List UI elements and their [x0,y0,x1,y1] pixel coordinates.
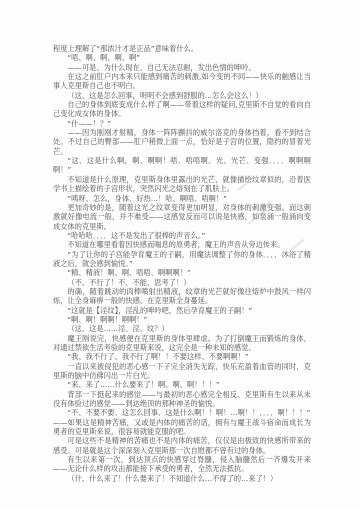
paragraph: “这、这是什么啊，啊、啊啊！唔、唔唔啊、光、光芒、变强．．．．啊啊啊啊！” [53,156,311,175]
paragraph: ——如果这是精神苦痛，又或是内体的痛苦的话，拥有与魔王战斗宿命而成长为勇者的克里… [53,418,311,437]
paragraph: （这、这是……淫、淫、纹？） [53,324,311,333]
paragraph: “我、我不行了、我不行了啊！！不要这样、不要啊啊！” [53,352,311,361]
paragraph: “不、不要不要、这怎么回事、这是什么啊！！啊！…啊！！．．．．啊！！！” [53,408,311,417]
paragraph: “什——！？” [53,119,311,128]
paragraph: 有生以来第一次，到达顶点的快感穿过脊髓，侵入脑髓然后一齐爆发开来——无论什么样的… [53,455,311,474]
paragraph: “精、精液！啊、啊、唔唔、啊啊啊！” [53,268,311,277]
paragraph: （不、不行了！不、不能、思考了！） [53,278,311,287]
paragraph: “唔、啊、啊、啊、啊” [53,53,311,62]
paragraph: （这、这是怎么回事，明明不会感到舒服的…怎么会这么！） [53,91,311,100]
paragraph: 背部一下挺起来的感觉——与最初的恶心感完全相反、克里斯有生以来从未没有体验过的感… [53,390,311,409]
paragraph: “这就是【淫纹】，淫乱的呻吟吧，然后孕育魔王的子嗣！” [53,306,311,315]
document-page: 程度上理解了“那浓汁才是正品”意味着什么。“唔、啊、啊、啊、啊”——可是、为什么… [0,0,360,509]
paragraph: 在这之前肛户内本来只能感到痛苦的刺激,如今变的不同——快乐的触感让当事人克里斯自… [53,72,311,91]
paragraph: 程度上理解了“那浓汁才是正品”意味着什么。 [53,44,311,53]
paragraph: “来、来了……什么要来了！啊、啊、啊！！！” [53,380,311,389]
paragraph: 不知道在哪里看着因快感而喘息的原勇者，魔王的声音从旁边传来。 [53,240,311,249]
paragraph: 一直以来被侵犯的恶心感一下子完全消失无踪，快乐充盈着血管的同时，克里斯的脑中仿佛… [53,362,311,381]
paragraph: “啊、啊！啊啊！啊啊！” [53,315,311,324]
text-content: 程度上理解了“那浓汁才是正品”意味着什么。“唔、啊、啊、啊、啊”——可是、为什么… [53,44,311,483]
paragraph: 魔王刚说完，快感便在克里斯的身体里肆虐。为了打倒魔王而锻炼的身体，对通过禁欲生活… [53,334,311,353]
paragraph: 不知道是什么原理，克里斯身体里露出的光芒，就像描绘纹章似的，沿着医学书上描绘着的… [53,175,311,194]
paragraph: “为了让你的子宫能孕育魔王的子嗣，用魔法调整了你的身体．．．．沐浴了精液之后，就… [53,250,311,269]
paragraph: 更加奇妙的是，随着这光之纹章变得更加明显，对身体的刺激变强。而这刺激就好像电流一… [53,203,311,231]
paragraph: 自己的身体到底变成什么样了啊——带着这样的疑问,克里斯不自觉的看向自己变化成女体… [53,100,311,119]
paragraph: （什、什么来了！什么要来了！不知道什么…不得了的…来了！） [53,474,311,483]
paragraph: 可是这些不是精神的苦痛也不是内体的痛苦，仅仅是由极致的快感所带来的感受。可是就是… [53,436,311,455]
paragraph: “哈哈哈．．．．这不是发出了很棒的声音么。” [53,231,311,240]
paragraph: ——可是、为什么现在、自己无法忍耐，发出色情的呻吟。 [53,63,311,72]
paragraph: ——因为刚刚才射精，身体一阵阵颤抖的威尔洛克的身体挡着，看不到结合处。不过自己的… [53,128,311,156]
paragraph: “咦呀、怎么，身体、好热…！哈、啊唔、唔啊！” [53,194,311,203]
paragraph: 的确，随着跳动的肉棒喷射出精液，纹章的光芒就好像往熔炉中鼓风一样闪烁，让全身麻痹… [53,287,311,306]
